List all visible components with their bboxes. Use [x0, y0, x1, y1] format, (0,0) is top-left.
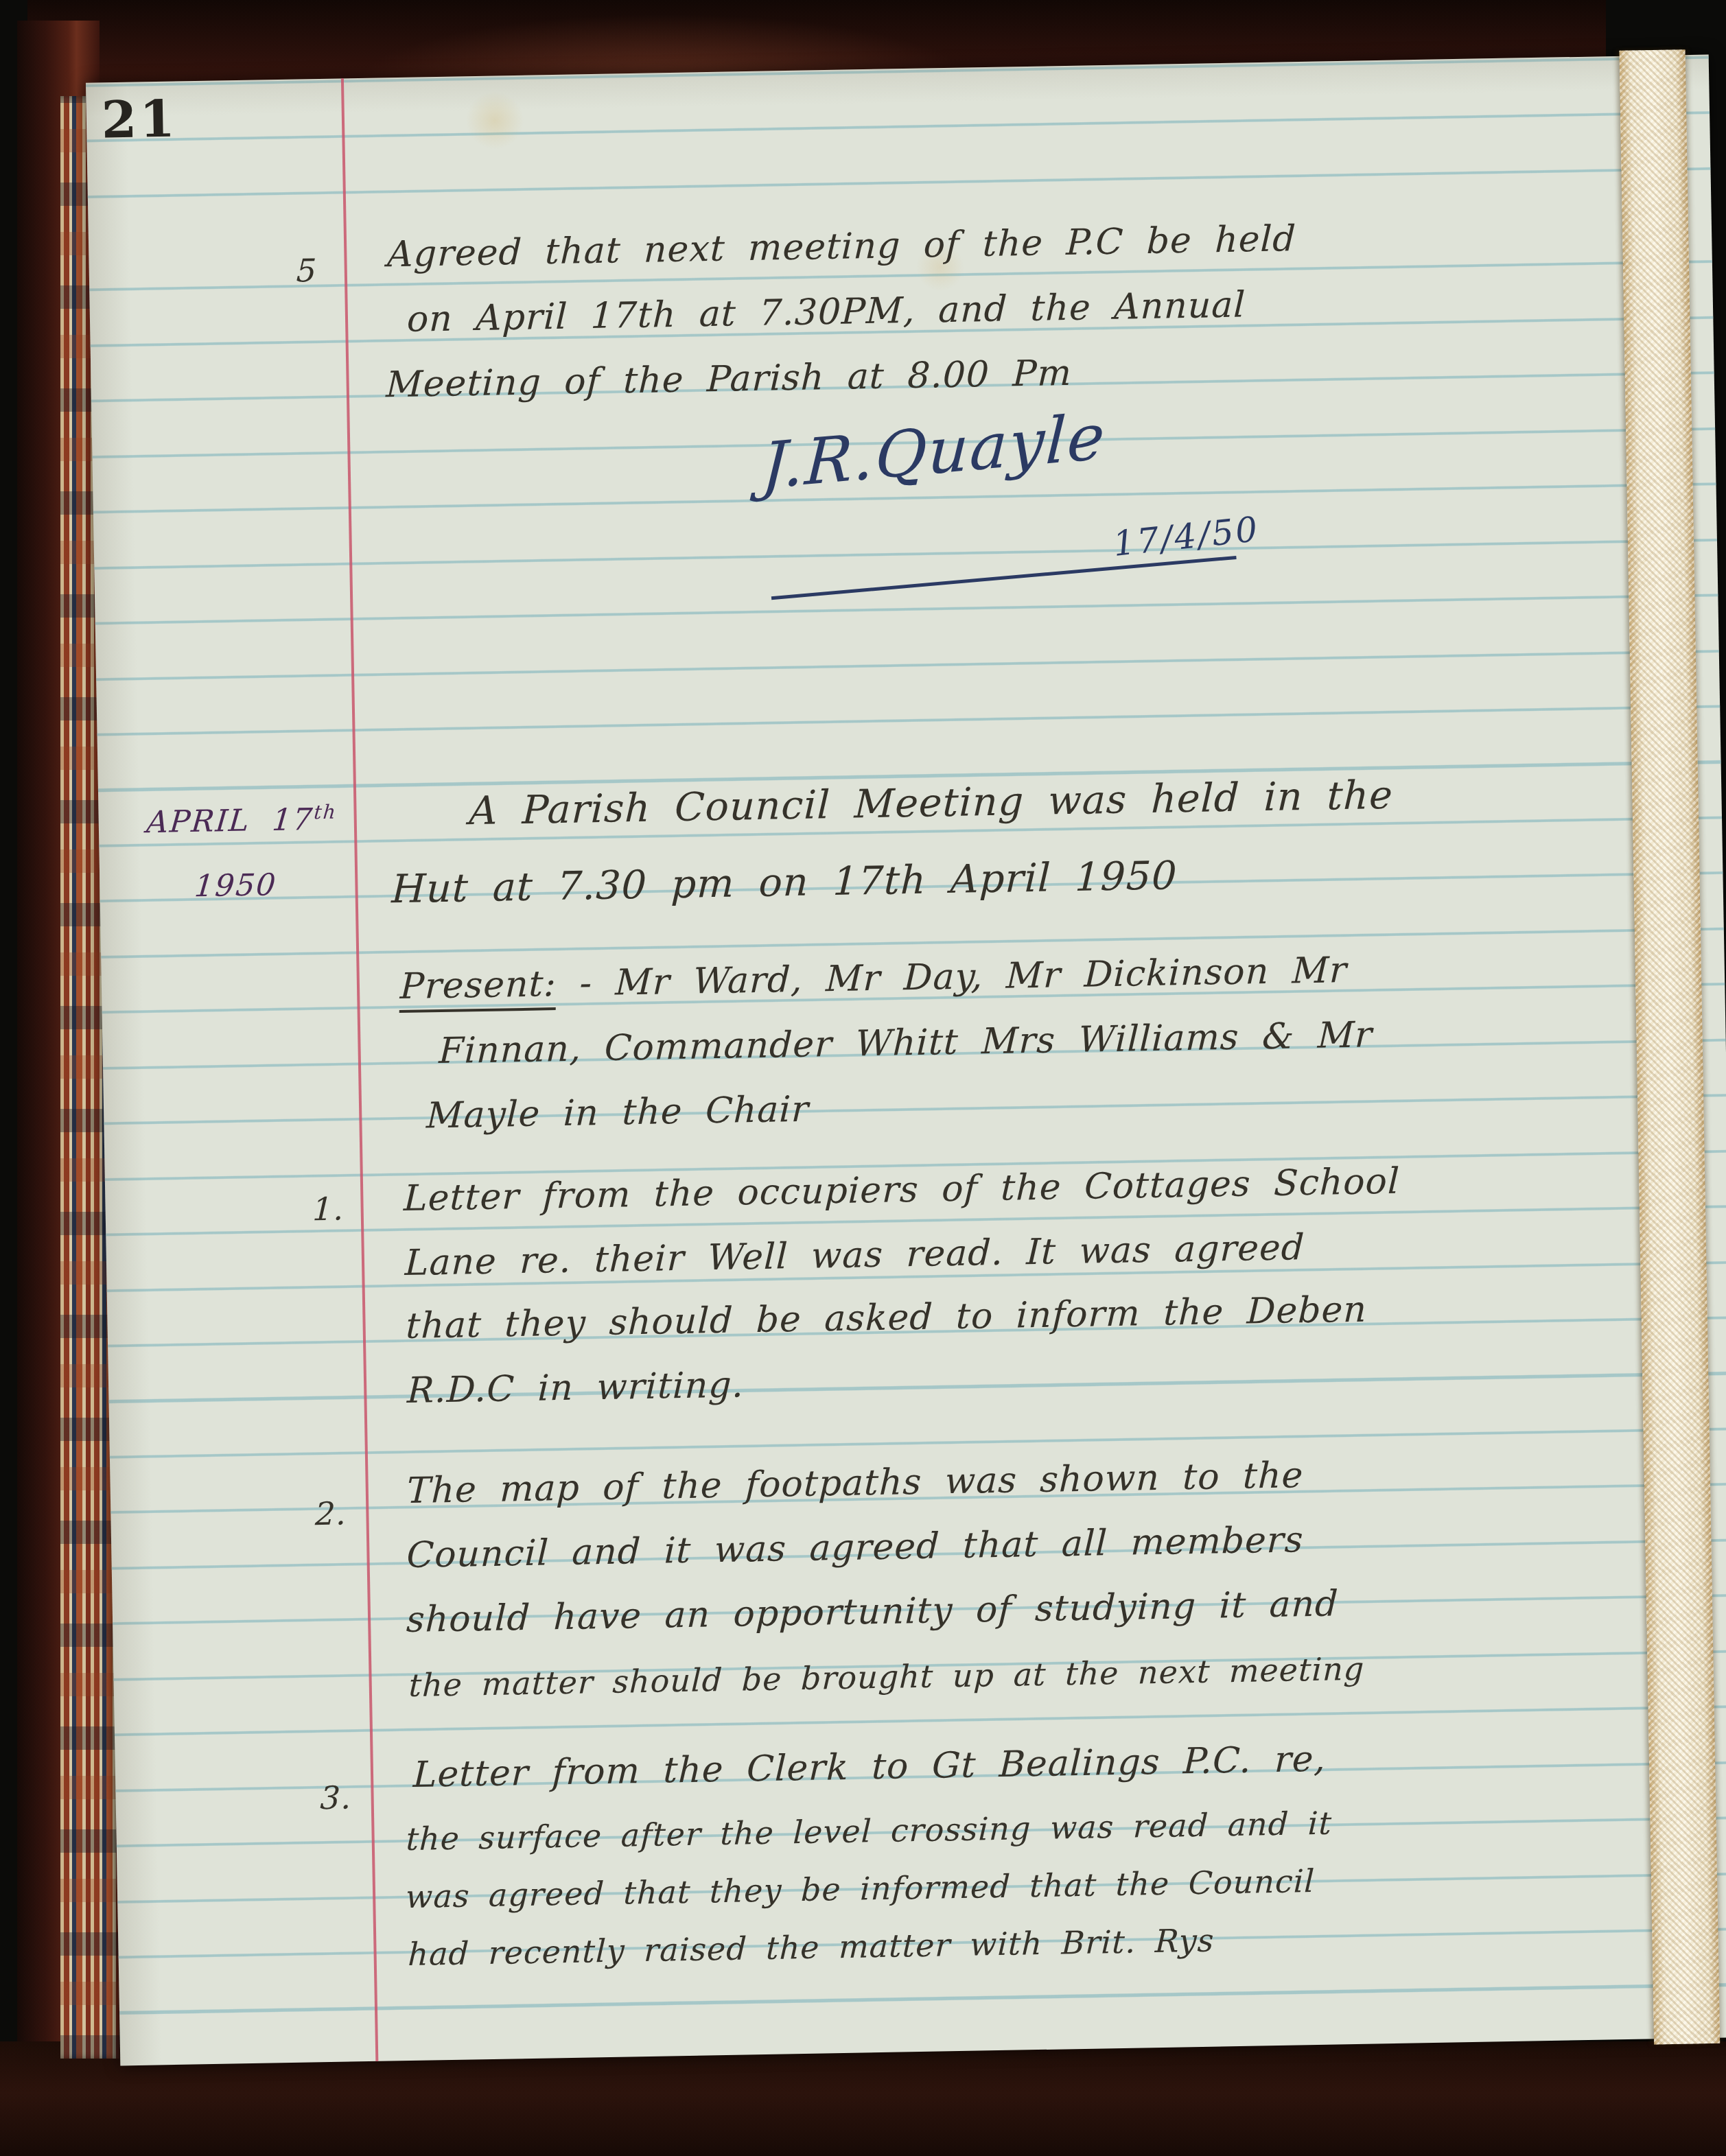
item-1-line-4: R.D.C in writing. — [406, 1364, 745, 1411]
item-3-number: 3. — [320, 1779, 353, 1816]
item-2-number: 2. — [314, 1495, 347, 1533]
item-3-line-1: Letter from the Clerk to Gt Bealings P.C… — [412, 1739, 1327, 1796]
heading-line-1: A Parish Council Meeting was held in the — [468, 773, 1394, 834]
present-line-1: Present: - Mr Ward, Mr Day, Mr Dickinson… — [399, 950, 1348, 1007]
heading-line-2: Hut at 7.30 pm on 17th April 1950 — [390, 853, 1178, 912]
item-2-line-2: Council and it was agreed that all membe… — [406, 1519, 1304, 1576]
item-2-line-4: the matter should be brought up at the n… — [408, 1650, 1365, 1704]
margin-date-line-1: APRIL 17th — [145, 801, 338, 841]
notebook-page: 21 5 Agreed that next meeting of the P.C… — [86, 55, 1726, 2066]
bookmark-ribbon — [1619, 49, 1720, 2044]
page-number: 21 — [101, 90, 178, 150]
item-1-line-3: that they should be asked to inform the … — [406, 1289, 1368, 1347]
chairman-signature: J.R.Quayle — [760, 399, 1108, 504]
item-3-line-3: was agreed that they be informed that th… — [405, 1862, 1316, 1915]
present-line-2: Finnan, Commander Whitt Mrs Williams & M… — [439, 1014, 1373, 1072]
item-5-line-1: Agreed that next meeting of the P.C be h… — [386, 218, 1296, 275]
item-3-line-2: the surface after the level crossing was… — [406, 1805, 1333, 1858]
item-1-line-2: Lane re. their Well was read. It was agr… — [404, 1227, 1305, 1284]
present-names-1: - Mr Ward, Mr Day, Mr Dickinson Mr — [556, 950, 1348, 1005]
margin-date-year: 1950 — [193, 867, 278, 904]
item-1-number: 1. — [312, 1191, 345, 1228]
item-5-line-3: Meeting of the Parish at 8.00 Pm — [386, 353, 1073, 406]
item-3-line-4: had recently raised the matter with Brit… — [408, 1922, 1215, 1973]
margin-date-monthday: APRIL 17 — [145, 802, 315, 840]
item-2-line-1: The map of the footpaths was shown to th… — [406, 1455, 1305, 1512]
signature-flourish — [771, 556, 1237, 600]
present-label: Present: — [399, 963, 557, 1013]
present-line-3: Mayle in the Chair — [425, 1089, 810, 1137]
book-photo: 21 5 Agreed that next meeting of the P.C… — [0, 0, 1726, 2156]
item-5-number: 5 — [296, 252, 318, 290]
item-5-line-2: on April 17th at 7.30PM, and the Annual — [406, 284, 1246, 340]
item-2-line-3: should have an opportunity of studying i… — [406, 1583, 1339, 1641]
margin-date-ordinal: th — [313, 801, 338, 824]
margin-rule-line — [341, 78, 378, 2061]
item-1-line-1: Letter from the occupiers of the Cottage… — [403, 1161, 1400, 1219]
signature-date: 17/4/50 — [1111, 509, 1261, 564]
